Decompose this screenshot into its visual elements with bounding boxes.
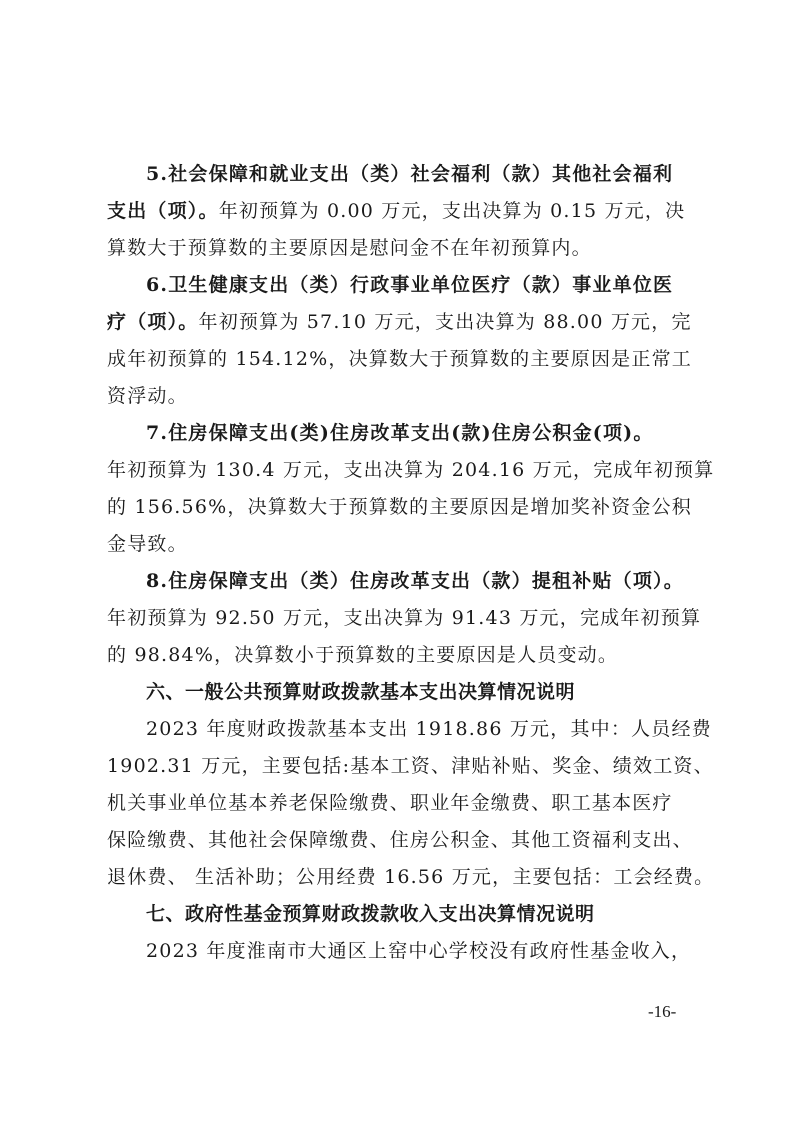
item7-line2: 年初预算为 130.4 万元，支出决算为 204.16 万元，完成年初预算 [107,455,687,485]
para6-line2: 1902.31 万元，主要包括:基本工资、津贴补贴、奖金、绩效工资、 [107,751,687,781]
item6-line3: 成年初预算的 154.12%，决算数大于预算数的主要原因是正常工 [107,344,687,374]
item6-line4: 资浮动。 [107,381,687,411]
item7-line1: 7.住房保障支出(类)住房改革支出(款)住房公积金(项)。 [146,418,687,448]
item5-line1: 5.社会保障和就业支出（类）社会福利（款）其他社会福利 [146,159,687,189]
para7-line1: 2023 年度淮南市大通区上窑中心学校没有政府性基金收入， [146,936,687,966]
item8-line1: 8.住房保障支出（类）住房改革支出（款）提租补贴（项）。 [146,566,687,596]
para6-line3: 机关事业单位基本养老保险缴费、职业年金缴费、职工基本医疗 [107,788,687,818]
item6-line1: 6.卫生健康支出（类）行政事业单位医疗（款）事业单位医 [146,270,687,300]
item8-line3: 的 98.84%，决算数小于预算数的主要原因是人员变动。 [107,640,687,670]
item5-line2: 支出（项）。年初预算为 0.00 万元，支出决算为 0.15 万元，决 [107,196,687,226]
item5-line3: 算数大于预算数的主要原因是慰问金不在年初预算内。 [107,233,687,263]
item6-line2: 疗（项）。年初预算为 57.10 万元，支出决算为 88.00 万元，完 [107,307,687,337]
item8-line2: 年初预算为 92.50 万元，支出决算为 91.43 万元，完成年初预算 [107,603,687,633]
document-page: 5.社会保障和就业支出（类）社会福利（款）其他社会福利 支出（项）。年初预算为 … [0,0,793,1122]
section-heading-6: 六、一般公共预算财政拨款基本支出决算情况说明 [146,677,687,707]
para6-line1: 2023 年度财政拨款基本支出 1918.86 万元，其中：人员经费 [146,714,687,744]
para6-line5: 退休费、 生活补助；公用经费 16.56 万元，主要包括：工会经费。 [107,862,687,892]
para6-line4: 保险缴费、其他社会保障缴费、住房公积金、其他工资福利支出、 [107,825,687,855]
page-number: -16- [648,1000,676,1024]
item7-line4: 金导致。 [107,529,687,559]
item7-line3: 的 156.56%，决算数大于预算数的主要原因是增加奖补资金公积 [107,492,687,522]
section-heading-7: 七、政府性基金预算财政拨款收入支出决算情况说明 [146,899,687,929]
